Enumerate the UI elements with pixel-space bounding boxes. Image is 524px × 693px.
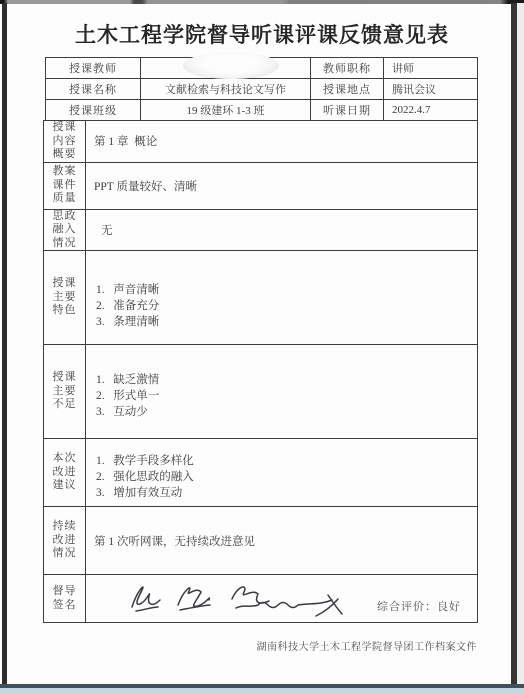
page-right-margin [517, 3, 524, 686]
scanned-document-page: 土木工程学院督导听课评课反馈意见表 授课教师 教师职称 讲师 授课名称 文献检索… [0, 0, 524, 693]
info-row-course: 授课名称 文献检索与科技论文写作 授课地点 腾讯会议 [46, 79, 478, 100]
evaluation-detail-table: 授课 内容 概要 第 1 章 概论 教案 课件 质量 PPT 质量较好、清晰 思… [43, 120, 478, 623]
value-course-name: 文献检索与科技论文写作 [141, 79, 311, 100]
page-top-edge [0, 0, 524, 4]
label-teacher: 授课教师 [46, 58, 141, 79]
row-courseware-quality: 教案 课件 质量 PPT 质量较好、清晰 [44, 162, 478, 209]
label-teacher-title: 教师职称 [311, 58, 384, 79]
label-course-name: 授课名称 [46, 79, 141, 100]
label-class: 授课班级 [46, 100, 141, 121]
label-date: 听课日期 [311, 100, 384, 121]
page-bottom-glow [0, 688, 524, 693]
row-main-features: 授课 主要 特色 1. 声音清晰2. 准备充分3. 条理清晰 [44, 251, 478, 345]
label-ideological-integration: 思政 融入 情况 [44, 209, 86, 251]
archive-footer-note: 湖南科技大学土木工程学院督导团工作档案文件 [257, 638, 478, 653]
value-main-deficiencies-list: 1. 缺乏激情2. 形式单一3. 互动少 [86, 364, 477, 420]
row-supervisor-signature: 督导 签名 综合评价：良好 [44, 575, 478, 623]
value-ideological-integration: 无 [86, 222, 477, 238]
value-date: 2022.4.7 [384, 100, 478, 121]
redacted-name-blur [183, 52, 279, 79]
label-improvement-suggestions: 本次 改进 建议 [44, 439, 86, 507]
handwritten-signatures [122, 577, 372, 621]
value-courseware-quality: PPT 质量较好、清晰 [86, 178, 477, 194]
value-continuous-improvement: 第 1 次听网课，无持续改进意见 [86, 533, 477, 549]
overall-evaluation: 综合评价：良好 [377, 598, 461, 614]
value-main-features-list: 1. 声音清晰2. 准备充分3. 条理清晰 [86, 266, 477, 330]
label-main-deficiencies: 授课 主要 不足 [44, 345, 86, 439]
value-content-summary: 第 1 章 概论 [86, 133, 477, 149]
label-main-features: 授课 主要 特色 [44, 251, 86, 345]
row-improvement-suggestions: 本次 改进 建议 1. 教学手段多样化2. 强化思政的融入3. 增加有效互动 [44, 439, 478, 507]
document-title: 土木工程学院督导听课评课反馈意见表 [0, 19, 524, 49]
label-continuous-improvement: 持续 改进 情况 [44, 507, 86, 575]
value-location: 腾讯会议 [384, 79, 478, 100]
row-ideological-integration: 思政 融入 情况 无 [44, 209, 478, 251]
info-row-class: 授课班级 19 级建环 1-3 班 听课日期 2022.4.7 [46, 100, 478, 121]
value-teacher-title: 讲师 [384, 58, 478, 79]
label-courseware-quality: 教案 课件 质量 [44, 162, 86, 209]
label-location: 授课地点 [311, 79, 384, 100]
page-left-edge [2, 3, 7, 684]
row-continuous-improvement: 持续 改进 情况 第 1 次听网课，无持续改进意见 [44, 507, 478, 575]
value-class: 19 级建环 1-3 班 [141, 100, 311, 121]
row-main-deficiencies: 授课 主要 不足 1. 缺乏激情2. 形式单一3. 互动少 [44, 345, 478, 439]
label-content-summary: 授课 内容 概要 [44, 121, 86, 163]
label-supervisor-signature: 督导 签名 [44, 575, 86, 623]
row-content-summary: 授课 内容 概要 第 1 章 概论 [44, 121, 478, 163]
value-improvement-suggestions-list: 1. 教学手段多样化2. 强化思政的融入3. 增加有效互动 [86, 444, 477, 501]
